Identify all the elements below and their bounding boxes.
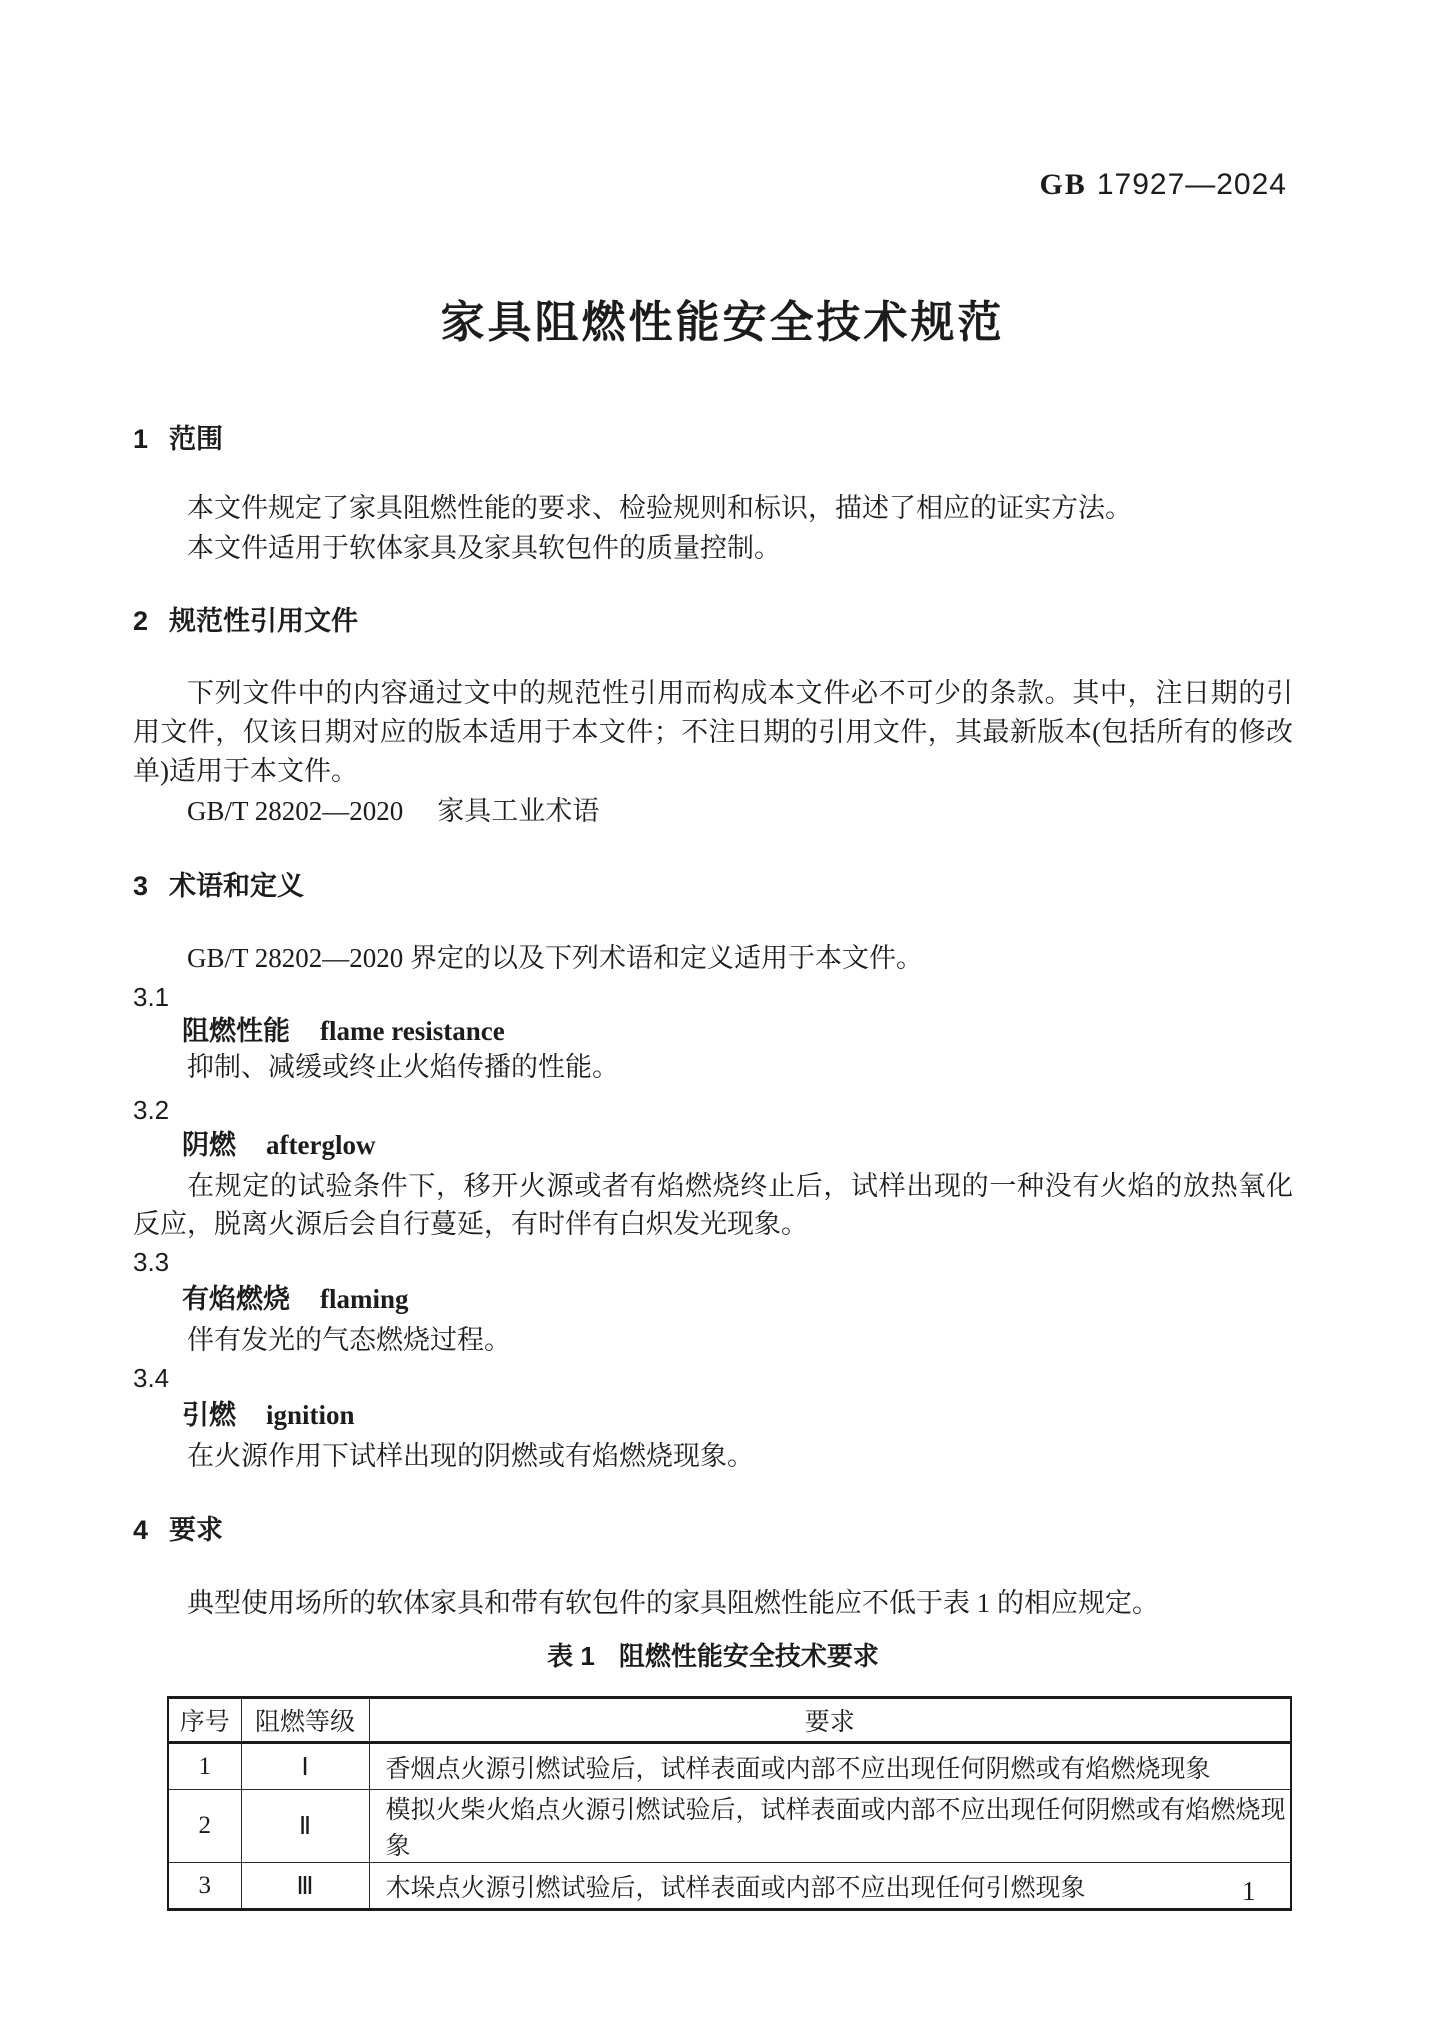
document-page: GB17927—2024 家具阻燃性能安全技术规范 1范围 本文件规定了家具阻燃… [0, 0, 1445, 2043]
document-body: 1范围 本文件规定了家具阻燃性能的要求、检验规则和标识，描述了相应的证实方法。 … [133, 424, 1293, 1911]
row-1-requirement: 香烟点火源引燃试验后，试样表面或内部不应出现任何阴燃或有焰燃烧现象 [369, 1743, 1291, 1790]
section-2-heading: 2规范性引用文件 [133, 606, 1293, 636]
section-4-number: 4 [133, 1515, 148, 1545]
page-number: 1 [1242, 1876, 1256, 1907]
row-1-index: 1 [168, 1743, 241, 1790]
term-3-4-en: ignition [266, 1400, 355, 1430]
term-3-3-id: 3.3 [133, 1246, 1293, 1278]
term-3-1-definition: 抑制、减缓或终止火焰传播的性能。 [133, 1048, 1293, 1086]
section-2-number: 2 [133, 606, 148, 636]
table-1-caption: 表 1阻燃性能安全技术要求 [133, 1639, 1293, 1673]
row-3-grade: Ⅲ [241, 1863, 369, 1910]
row-3-requirement: 木垛点火源引燃试验后，试样表面或内部不应出现任何引燃现象 [369, 1863, 1291, 1910]
section-3-number: 3 [133, 871, 148, 901]
table-1-caption-title: 阻燃性能安全技术要求 [619, 1641, 879, 1671]
term-3-1-zh: 阻燃性能 [182, 1016, 290, 1046]
term-3-1-en: flame resistance [320, 1016, 505, 1046]
table-1-caption-label: 表 1 [547, 1641, 595, 1671]
terms-intro: GB/T 28202—2020 界定的以及下列术语和定义适用于本文件。 [133, 939, 1293, 978]
flame-resistance-requirements-table: 序号 阻燃等级 要求 1 Ⅰ 香烟点火源引燃试验后，试样表面或内部不应出现任何阴… [167, 1696, 1292, 1911]
column-header-grade: 阻燃等级 [241, 1698, 369, 1743]
standard-code: 17927—2024 [1097, 168, 1287, 201]
table-row: 3 Ⅲ 木垛点火源引燃试验后，试样表面或内部不应出现任何引燃现象 [168, 1863, 1291, 1910]
section-4-title: 要求 [169, 1515, 223, 1545]
reference-title: 家具工业术语 [437, 796, 599, 826]
standard-number: GB17927—2024 [1039, 168, 1287, 202]
term-3-2-en: afterglow [266, 1130, 375, 1160]
term-3-4-definition: 在火源作用下试样出现的阴燃或有焰燃烧现象。 [133, 1437, 1293, 1475]
requirements-paragraph: 典型使用场所的软体家具和带有软包件的家具阻燃性能应不低于表 1 的相应规定。 [133, 1583, 1293, 1623]
table-row: 2 Ⅱ 模拟火柴火焰点火源引燃试验后，试样表面或内部不应出现任何阴燃或有焰燃烧现… [168, 1790, 1291, 1863]
term-3-2-id: 3.2 [133, 1094, 1293, 1126]
column-header-index: 序号 [168, 1698, 241, 1743]
scope-paragraph-1: 本文件规定了家具阻燃性能的要求、检验规则和标识，描述了相应的证实方法。 [133, 488, 1293, 528]
row-1-grade: Ⅰ [241, 1743, 369, 1790]
row-3-index: 3 [168, 1863, 241, 1910]
term-3-4-name: 引燃ignition [182, 1399, 1293, 1431]
standard-prefix: GB [1039, 168, 1086, 201]
table-row: 1 Ⅰ 香烟点火源引燃试验后，试样表面或内部不应出现任何阴燃或有焰燃烧现象 [168, 1743, 1291, 1790]
scope-paragraph-2: 本文件适用于软体家具及家具软包件的质量控制。 [133, 528, 1293, 568]
term-3-3-name: 有焰燃烧flaming [182, 1283, 1293, 1315]
term-3-2-name: 阴燃afterglow [182, 1129, 1293, 1161]
term-3-4-zh: 引燃 [182, 1400, 236, 1430]
term-3-2-zh: 阴燃 [182, 1130, 236, 1160]
column-header-requirement: 要求 [369, 1698, 1291, 1743]
reference-code: GB/T 28202—2020 [187, 796, 403, 826]
term-3-4-id: 3.4 [133, 1362, 1293, 1394]
section-3-title: 术语和定义 [169, 871, 304, 901]
section-1-title: 范围 [169, 424, 223, 454]
term-3-2-definition: 在规定的试验条件下，移开火源或者有焰燃烧终止后，试样出现的一种没有火焰的放热氧化… [133, 1167, 1293, 1243]
row-2-grade: Ⅱ [241, 1790, 369, 1863]
section-4-heading: 4要求 [133, 1515, 1293, 1545]
section-1-heading: 1范围 [133, 424, 1293, 454]
table-header-row: 序号 阻燃等级 要求 [168, 1698, 1291, 1743]
page-title: 家具阻燃性能安全技术规范 [0, 286, 1445, 350]
row-2-requirement: 模拟火柴火焰点火源引燃试验后，试样表面或内部不应出现任何阴燃或有焰燃烧现象 [369, 1790, 1291, 1863]
term-3-1-id: 3.1 [133, 981, 1293, 1013]
references-paragraph: 下列文件中的内容通过文中的规范性引用而构成本文件必不可少的条款。其中，注日期的引… [133, 674, 1293, 791]
term-3-1-name: 阻燃性能flame resistance [182, 1015, 1293, 1047]
section-1-number: 1 [133, 424, 148, 454]
term-3-3-zh: 有焰燃烧 [182, 1284, 290, 1314]
term-3-3-en: flaming [320, 1284, 409, 1314]
section-3-heading: 3术语和定义 [133, 871, 1293, 901]
term-3-3-definition: 伴有发光的气态燃烧过程。 [133, 1321, 1293, 1359]
reference-entry: GB/T 28202—2020家具工业术语 [133, 792, 1293, 831]
section-2-title: 规范性引用文件 [169, 606, 358, 636]
row-2-index: 2 [168, 1790, 241, 1863]
